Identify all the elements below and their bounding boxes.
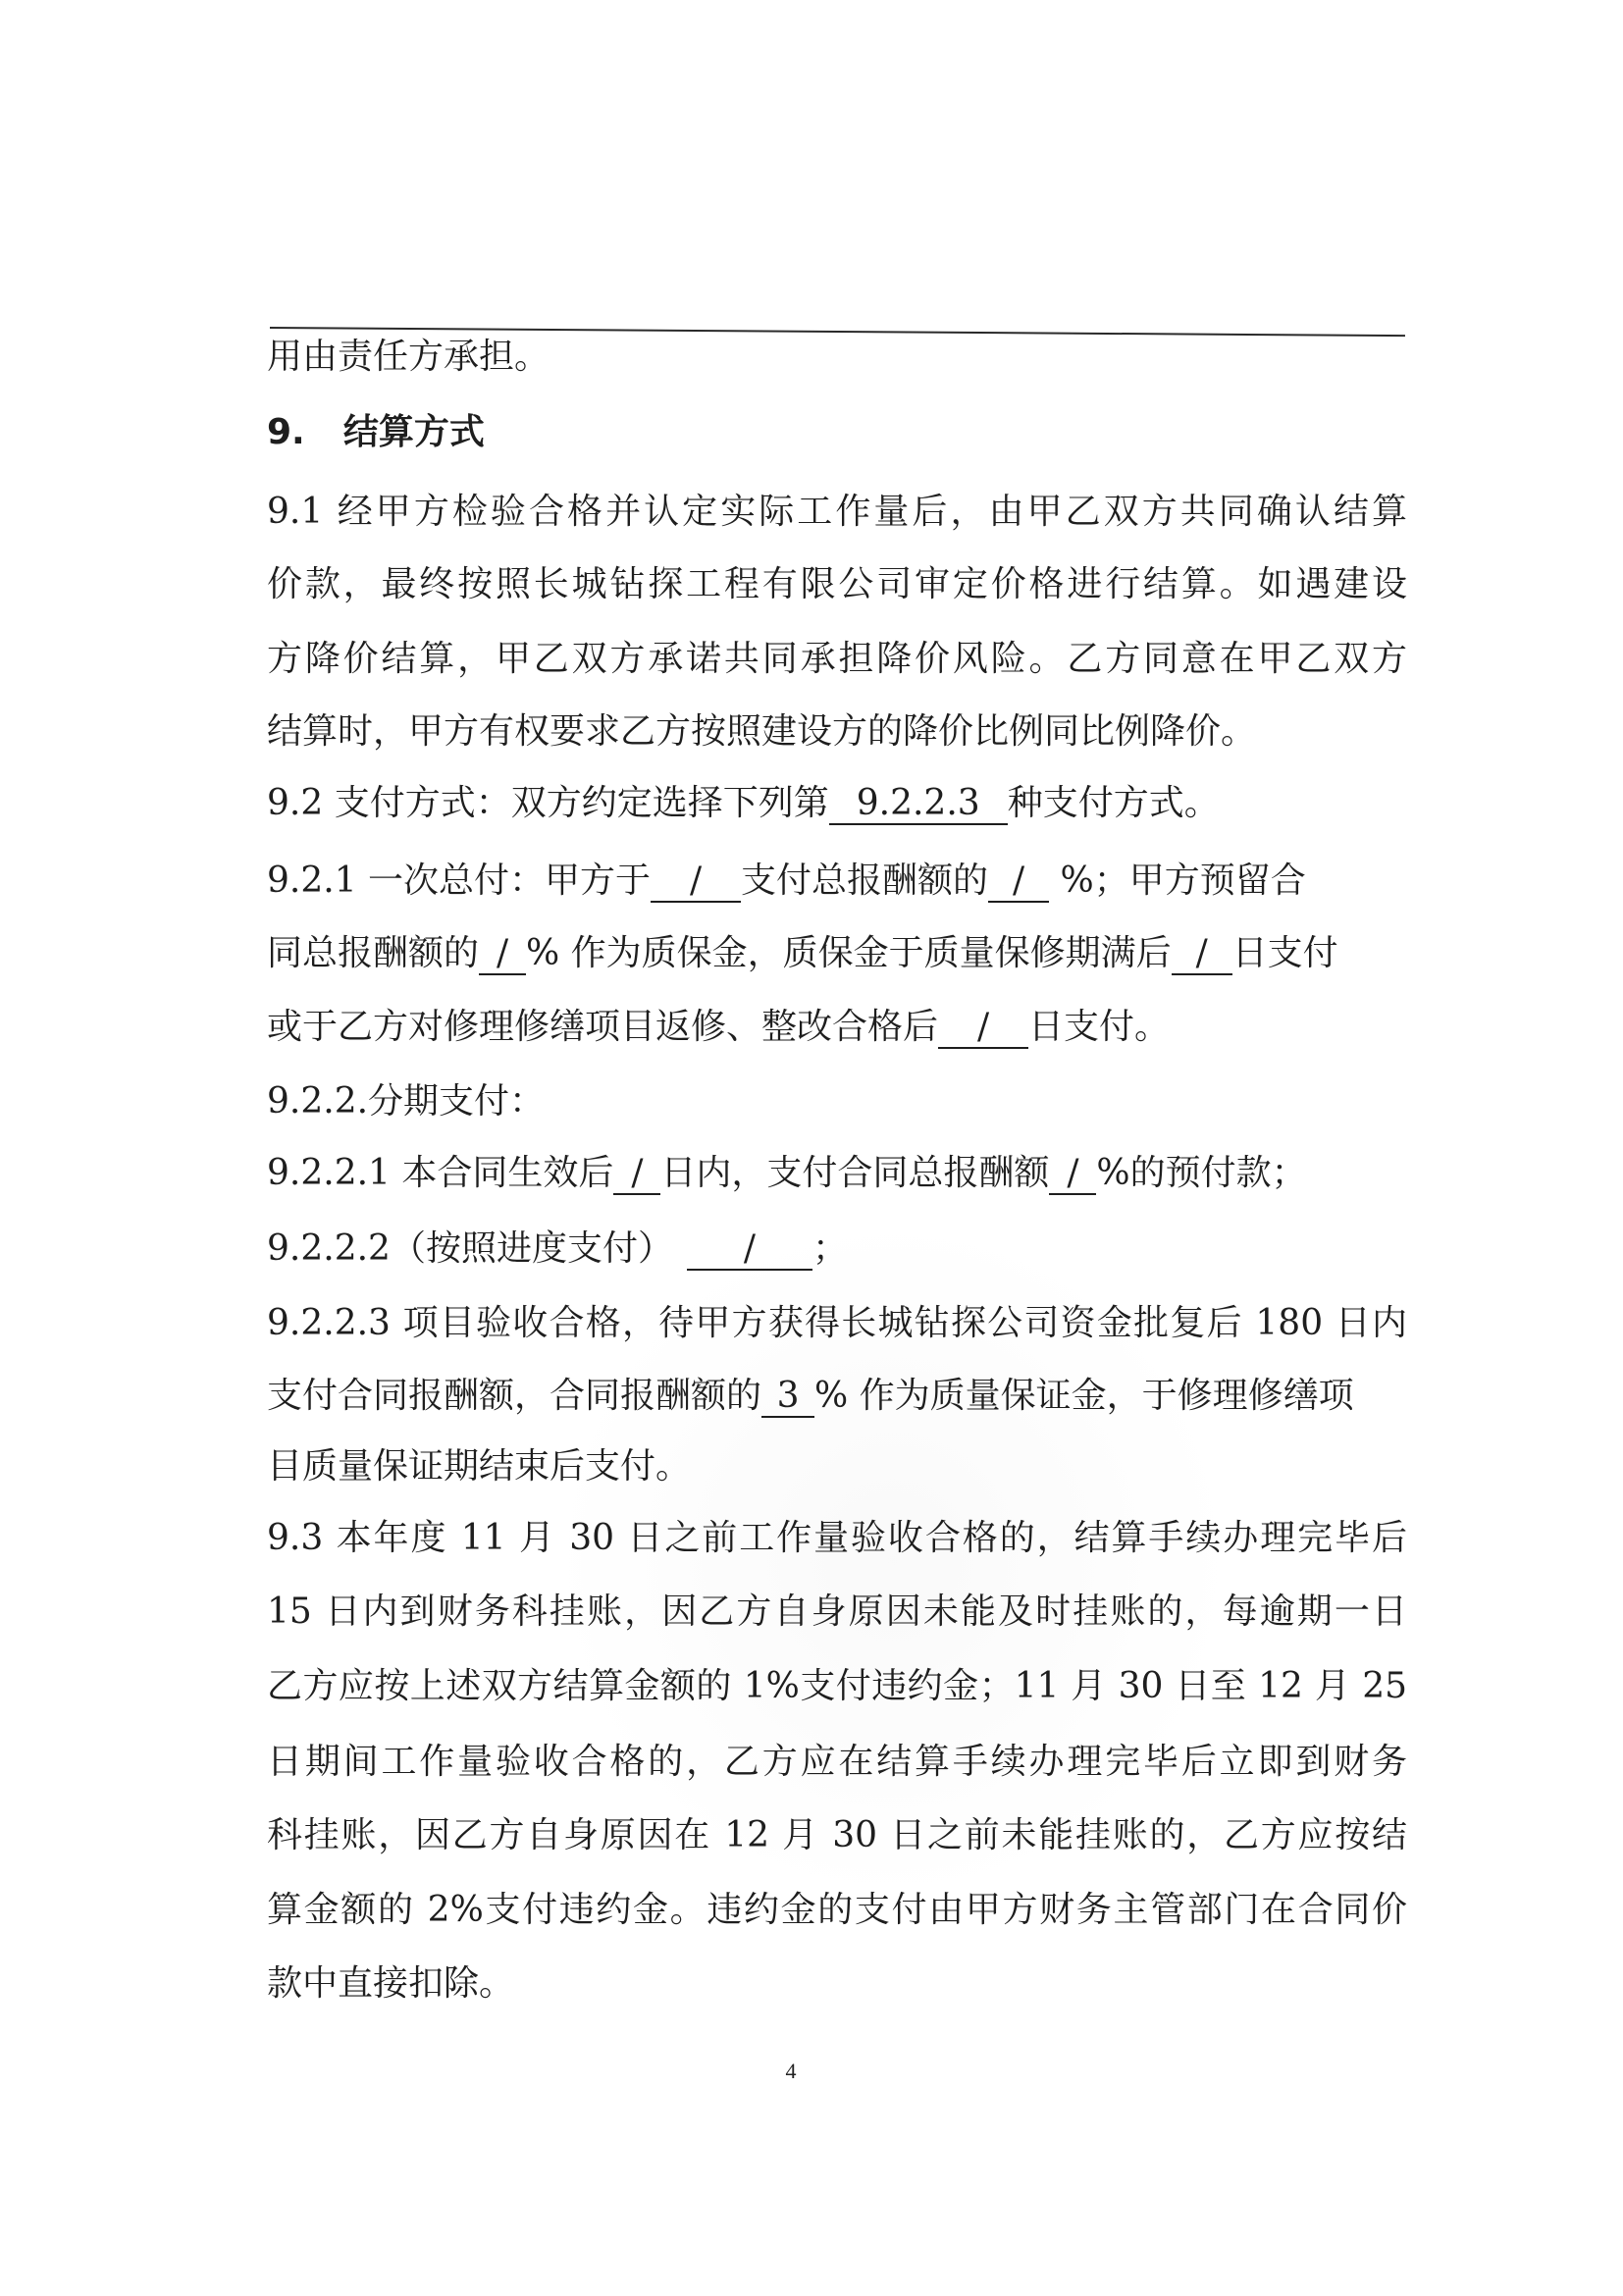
page-number: 4 [779,2059,803,2084]
section-title: 结算方式 [343,412,485,452]
clause-9-2: 9.2 支付方式：双方约定选择下列第9.2.2.3种支付方式。 [267,781,1407,826]
carry-over-text: 用由责任方承担。 [267,335,1407,380]
clause-9-1-line: 方降价结算，甲乙双方承诺共同承担降价风险。乙方同意在甲乙双方 [267,637,1407,682]
clause-9-2-suffix: 种支付方式。 [1008,783,1220,823]
selected-payment-option-field: 9.2.2.3 [829,786,1008,825]
blank-field: / [988,863,1049,903]
clause-9-1-line: 9.1 经甲方检验合格并认定实际工作量后，由甲乙双方共同确认结算 [267,490,1407,535]
text: 支付总报酬额的 [741,861,988,901]
blank-field: / [651,863,741,903]
clause-9-3-line: 日期间工作量验收合格的，乙方应在结算手续办理完毕后立即到财务 [267,1740,1407,1785]
text: 9.2.1 一次总付：甲方于 [267,861,651,901]
text: 同总报酬额的 [267,933,479,973]
clause-9-3-line: 算金额的 2%支付违约金。违约金的支付由甲方财务主管部门在合同价 [267,1888,1407,1933]
text: 9.2.2.2（按照进度支付） [267,1228,673,1269]
text: % 作为质量保证金，于修理修缮项 [814,1376,1354,1416]
blank-field: / [479,936,526,975]
blank-field: / [1049,1156,1096,1195]
clause-9-2-1-line-3: 或于乙方对修理修缮项目返修、整改合格后/日支付。 [267,1005,1407,1050]
blank-field: / [613,1156,660,1195]
clause-9-3-line: 科挂账，因乙方自身原因在 12 月 30 日之前未能挂账的，乙方应按结 [267,1813,1407,1858]
clause-9-2-2-3-line: 支付合同报酬额，合同报酬额的3% 作为质量保证金，于修理修缮项 [267,1374,1407,1419]
clause-9-2-1-line-1: 9.2.1 一次总付：甲方于/支付总报酬额的/ %；甲方预留合 [267,859,1407,904]
clause-9-2-2-3-line: 目质量保证期结束后支付。 [267,1444,1407,1489]
clause-9-2-prefix: 9.2 支付方式：双方约定选择下列第 [267,783,829,823]
clause-9-1-line: 结算时，甲方有权要求乙方按照建设方的降价比例同比例降价。 [267,709,1407,755]
blank-field: / [938,1010,1028,1049]
clause-9-2-2-3-line: 9.2.2.3 项目验收合格，待甲方获得长城钻探公司资金批复后 180 日内 [267,1301,1407,1346]
text: 日支付 [1232,933,1338,973]
text: 或于乙方对修理修缮项目返修、整改合格后 [267,1007,938,1047]
text: % 作为质保金，质保金于质量保修期满后 [526,933,1172,973]
text: 9.2.2.1 本合同生效后 [267,1153,613,1193]
text: %的预付款； [1096,1153,1306,1193]
text: 日内，支付合同总报酬额 [660,1153,1049,1193]
retention-percent-field: 3 [761,1379,814,1418]
clause-9-2-1-line-2: 同总报酬额的/% 作为质保金，质保金于质量保修期满后/日支付 [267,931,1407,976]
clause-9-2-2-heading: 9.2.2.分期支付： [267,1079,1407,1124]
clause-9-2-2-2: 9.2.2.2（按照进度支付）/； [267,1226,1407,1272]
text: ； [812,1228,848,1269]
text: %；甲方预留合 [1049,861,1306,901]
clause-9-3-line: 款中直接扣除。 [267,1961,1407,2007]
clause-9-3-line: 9.3 本年度 11 月 30 日之前工作量验收合格的，结算手续办理完毕后 [267,1516,1407,1561]
text: 支付合同报酬额，合同报酬额的 [267,1376,761,1416]
clause-9-2-2-1: 9.2.2.1 本合同生效后/日内，支付合同总报酬额/%的预付款； [267,1151,1407,1196]
clause-9-1-line: 价款，最终按照长城钻探工程有限公司审定价格进行结算。如遇建设 [267,562,1407,607]
section-number: 9. [267,412,305,452]
text: 日支付。 [1028,1007,1170,1047]
clause-9-3-line: 乙方应按上述双方结算金额的 1%支付违约金；11 月 30 日至 12 月 25 [267,1664,1407,1709]
clause-9-3-line: 15 日内到财务科挂账，因乙方自身原因未能及时挂账的，每逾期一日 [267,1590,1407,1635]
blank-field: / [687,1231,812,1271]
section-heading: 9. 结算方式 [267,410,1407,455]
blank-field: / [1172,936,1232,975]
